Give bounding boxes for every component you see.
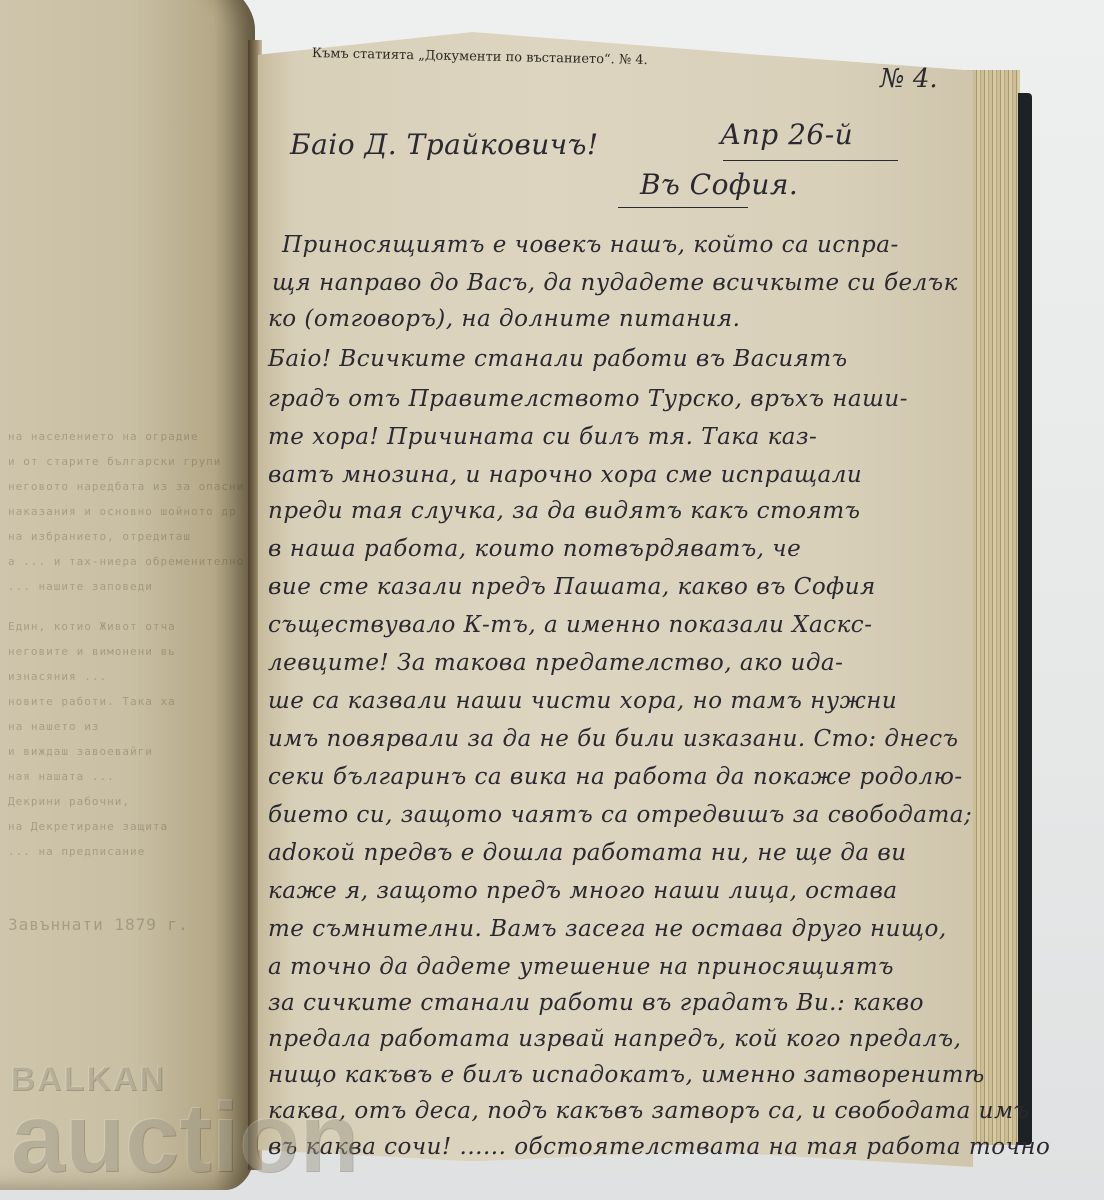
- faint-text-line: на нашето из: [8, 720, 99, 733]
- faint-text-line: наказания и основно шойното др: [8, 505, 237, 518]
- letter-line: а точно да дадете утешение на приносящия…: [268, 954, 894, 980]
- letter-line: каже я, защото предъ много наши лица, ос…: [268, 878, 898, 904]
- letter-line: в наша работа, които потвърдяватъ, че: [268, 536, 801, 562]
- letter-line: ватъ мнозина, и нарочно хора сме испраща…: [268, 462, 862, 488]
- faint-text-line: неговото наредбата из за опасни: [8, 480, 244, 493]
- letter-line: нищо какъвъ е билъ испадокатъ, именно за…: [268, 1062, 985, 1088]
- letter-line: предала работата изрвай напредъ, кой ког…: [268, 1026, 961, 1052]
- letter-salutation: Бaio Д. Трайковичъ!: [290, 128, 599, 161]
- letter-line: те съмнителни. Вамъ засега не остава дру…: [268, 916, 947, 942]
- letter-line: съществувало К-тъ, а именно показали Хас…: [268, 612, 872, 638]
- faint-text-line: на Декретиране защита: [8, 820, 168, 833]
- letter-line: градъ отъ Правителството Турско, връхъ н…: [268, 386, 908, 412]
- letter-place: Въ София.: [640, 168, 798, 201]
- faint-text-line: ная нашата ...: [8, 770, 115, 783]
- letter-line: за сичките станали работи въ градатъ Ви.…: [268, 990, 924, 1016]
- faint-text-line: ... на предписание: [8, 845, 145, 858]
- letter-line: те хора! Причината си билъ тя. Така каз-: [268, 424, 817, 450]
- left-page: на населението на оградие и от старите б…: [0, 0, 255, 1190]
- faint-text-line: Един, котио Живот отча: [8, 620, 176, 633]
- faint-text-line: изнасяния ...: [8, 670, 107, 683]
- faint-text-line: на избранието, отредиташ: [8, 530, 191, 543]
- letter-line: въ каква сочи! ...... обстоятелствата на…: [268, 1134, 1050, 1160]
- letter-date: Апр 26-й: [720, 118, 853, 151]
- faint-text-line: и от старите български групи: [8, 455, 221, 468]
- faint-text-line: неговите и вимонени вь: [8, 645, 176, 658]
- letter-line: adoкой предвъ е дошла работата ни, не ще…: [268, 840, 907, 866]
- letter-line: щя направо до Васъ, да пудадете всичкыте…: [272, 270, 958, 296]
- watermark-line2: auction: [10, 1093, 358, 1181]
- letter-line: секи българинъ са вика на работа да пока…: [268, 764, 963, 790]
- letter-line: преди тая случка, за да видятъ какъ стоя…: [268, 498, 861, 524]
- handwritten-page-number: № 4.: [880, 64, 938, 94]
- faint-text-line: и виждаш завоевайги: [8, 745, 153, 758]
- faint-text-line: а ... и тах-ниера обременително: [8, 555, 244, 568]
- letter-line: каквa, отъ деса, подъ какъвъ затворъ са,…: [268, 1098, 1029, 1124]
- letter-line: левците! За такова предателство, ако ида…: [268, 650, 843, 676]
- letter-line: ко (отговоръ), на долните питания.: [268, 306, 740, 332]
- book-cover: [1018, 93, 1032, 1145]
- faint-text-line: на населението на оградие: [8, 430, 199, 443]
- faint-text-line: Завъннати 1879 г.: [8, 915, 189, 934]
- letter-line: вие сте казали предъ Пашата, какво въ Со…: [268, 574, 876, 600]
- page-edges: [965, 70, 1020, 1145]
- faint-text-line: ... нашите заповеди: [8, 580, 153, 593]
- date-underline: [723, 160, 898, 161]
- letter-line: имъ повярвали за да не би били изказани.…: [268, 726, 958, 752]
- letter-line: бието си, защото чаятъ са отредвишъ за с…: [268, 802, 972, 828]
- letter-line: Приносящиятъ е човекъ нашъ, който са исп…: [282, 232, 899, 258]
- faint-text-line: новите работи. Така ха: [8, 695, 176, 708]
- watermark: BALKAN auction: [10, 1060, 358, 1181]
- letter-line: Баio! Всичките станали работи въ Васиятъ: [268, 346, 848, 372]
- letter-line: ше са казвали наши чисти хора, но тамъ н…: [268, 688, 897, 714]
- place-underline: [618, 207, 748, 208]
- faint-text-line: Декрини рабочни,: [8, 795, 130, 808]
